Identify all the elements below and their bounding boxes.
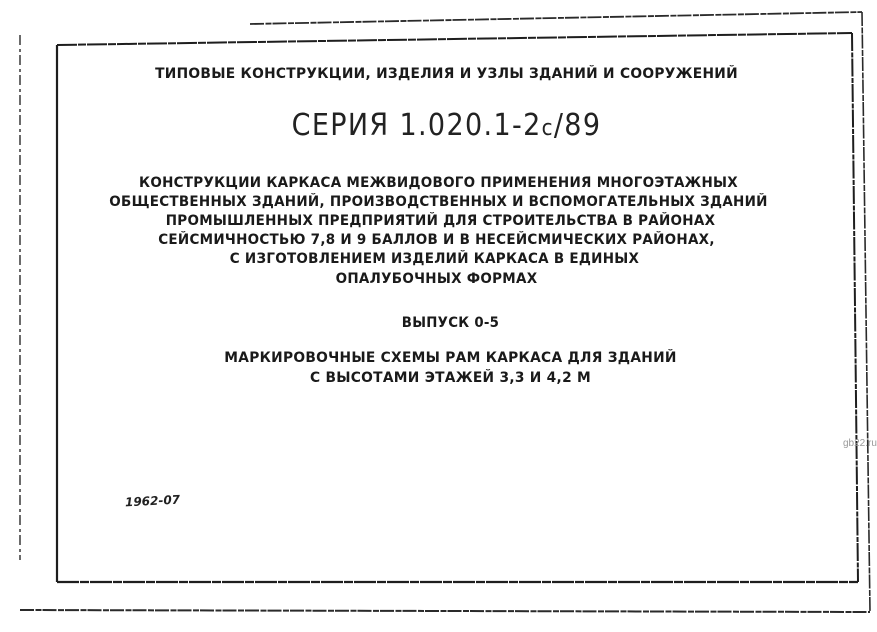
series-number: 1.020.1-2 (399, 108, 541, 143)
watermark: gb22.ru (843, 438, 877, 449)
series-title: СЕРИЯ 1.020.1-2с/89 (52, 108, 841, 143)
series-suffix: с (542, 116, 554, 141)
outer-frame (20, 12, 870, 612)
subject-line: МАРКИРОВОЧНЫЕ СХЕМЫ РАМ КАРКАСА ДЛЯ ЗДАН… (34, 350, 867, 366)
document-category-heading: ТИПОВЫЕ КОНСТРУКЦИИ, ИЗДЕЛИЯ И УЗЛЫ ЗДАН… (30, 66, 863, 82)
description-line: ОПАЛУБОЧНЫХ ФОРМАХ (29, 271, 845, 287)
description-line: ОБЩЕСТВЕННЫХ ЗДАНИЙ, ПРОИЗВОДСТВЕННЫХ И … (31, 194, 847, 210)
handwritten-note: 1962-07 (125, 493, 181, 510)
description-line: С ИЗГОТОВЛЕНИЕМ ИЗДЕЛИЙ КАРКАСА В ЕДИНЫХ (27, 251, 843, 267)
issue-number: ВЫПУСК 0-5 (34, 315, 867, 331)
series-year: /89 (554, 108, 602, 143)
series-label: СЕРИЯ (292, 108, 390, 143)
description-line: КОНСТРУКЦИИ КАРКАСА МЕЖВИДОВОГО ПРИМЕНЕН… (31, 175, 847, 191)
description-line: ПРОМЫШЛЕННЫХ ПРЕДПРИЯТИЙ ДЛЯ СТРОИТЕЛЬСТ… (33, 213, 849, 229)
subject-line: С ВЫСОТАМИ ЭТАЖЕЙ 3,3 И 4,2 М (34, 370, 867, 386)
description-line: СЕЙСМИЧНОСТЬЮ 7,8 И 9 БАЛЛОВ И В НЕСЕЙСМ… (29, 232, 845, 248)
